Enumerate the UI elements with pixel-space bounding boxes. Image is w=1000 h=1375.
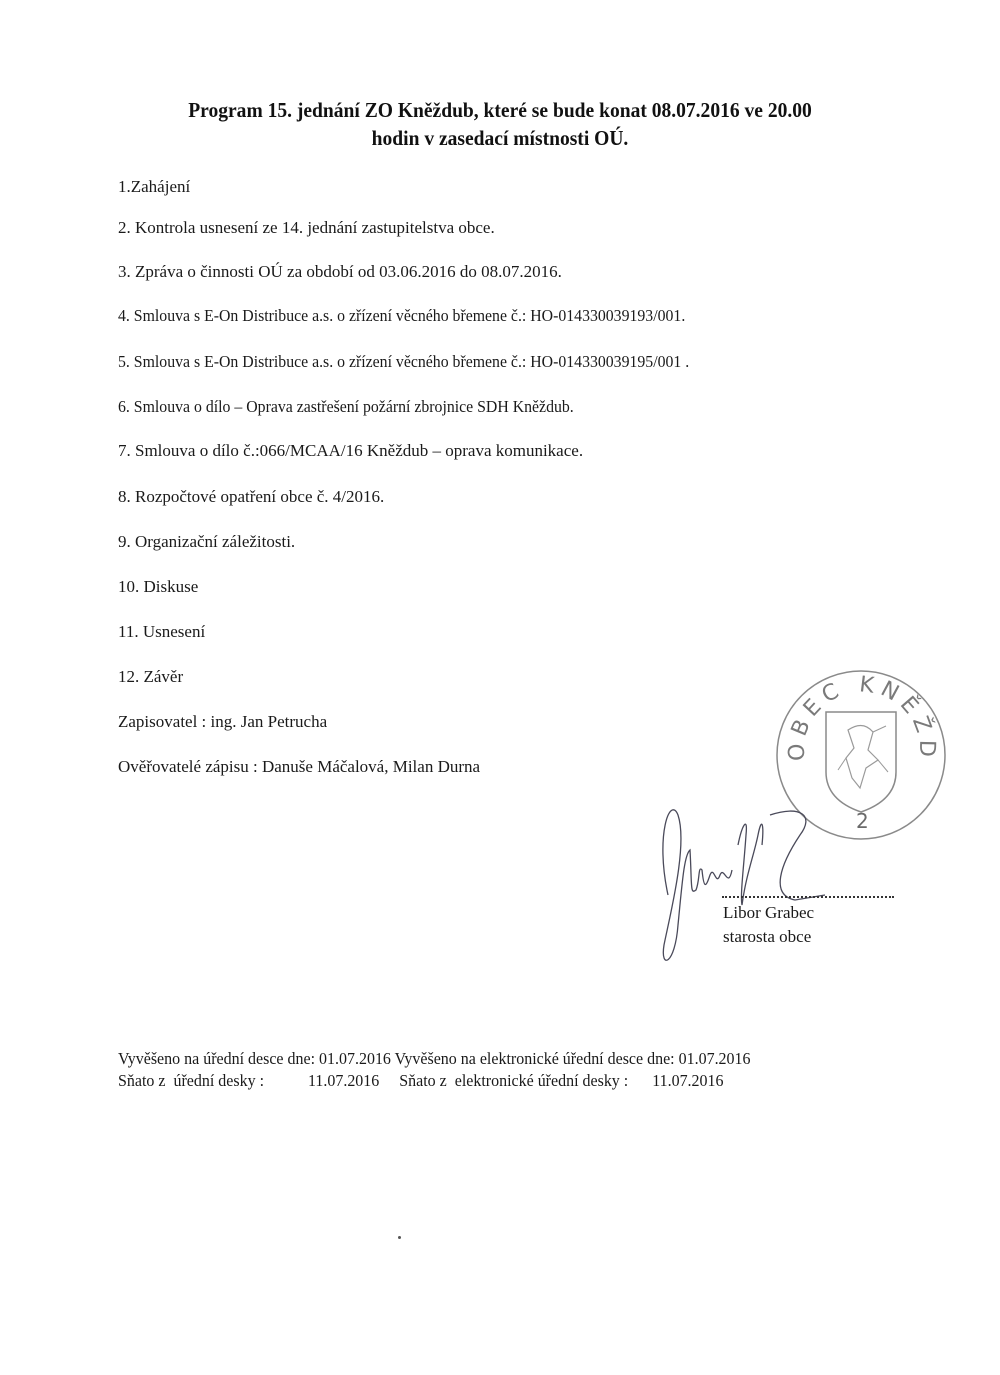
title-line-1: Program 15. jednání ZO Kněždub, které se… (128, 96, 872, 124)
agenda-item: 9. Organizační záležitosti. (118, 532, 295, 552)
agenda-item: 4. Smlouva s E-On Distribuce a.s. o zříz… (118, 306, 685, 326)
title-line-2: hodin v zasedací místnosti OÚ. (128, 124, 872, 152)
agenda-item: 6. Smlouva o dílo – Oprava zastřešení po… (118, 397, 574, 417)
posting-line-1: Vyvěšeno na úřední desce dne: 01.07.2016… (118, 1049, 751, 1069)
signature-line (722, 896, 894, 898)
agenda-item: 7. Smlouva o dílo č.:066/MCAA/16 Kněždub… (118, 441, 583, 461)
agenda-item: 8. Rozpočtové opatření obce č. 4/2016. (118, 487, 384, 507)
posting-line-2: Sňato z úřední desky : 11.07.2016 Sňato … (118, 1071, 724, 1091)
signatory-role: starosta obce (723, 927, 811, 947)
agenda-item: 1.Zahájení (118, 177, 190, 197)
scan-speck (398, 1236, 401, 1239)
signature-icon (650, 795, 830, 975)
agenda-item: 2. Kontrola usnesení ze 14. jednání zast… (118, 218, 495, 238)
agenda-item: 11. Usnesení (118, 622, 205, 642)
verifiers-line: Ověřovatelé zápisu : Danuše Máčalová, Mi… (118, 757, 480, 777)
svg-text:2: 2 (856, 809, 869, 833)
recorder-line: Zapisovatel : ing. Jan Petrucha (118, 712, 327, 732)
agenda-item: 5. Smlouva s E-On Distribuce a.s. o zříz… (118, 352, 689, 372)
agenda-item: 12. Závěr (118, 667, 183, 687)
document-title: Program 15. jednání ZO Kněždub, které se… (128, 96, 872, 152)
agenda-item: 10. Diskuse (118, 577, 198, 597)
agenda-item: 3. Zpráva o činnosti OÚ za období od 03.… (118, 262, 562, 282)
signatory-name: Libor Grabec (723, 903, 814, 923)
